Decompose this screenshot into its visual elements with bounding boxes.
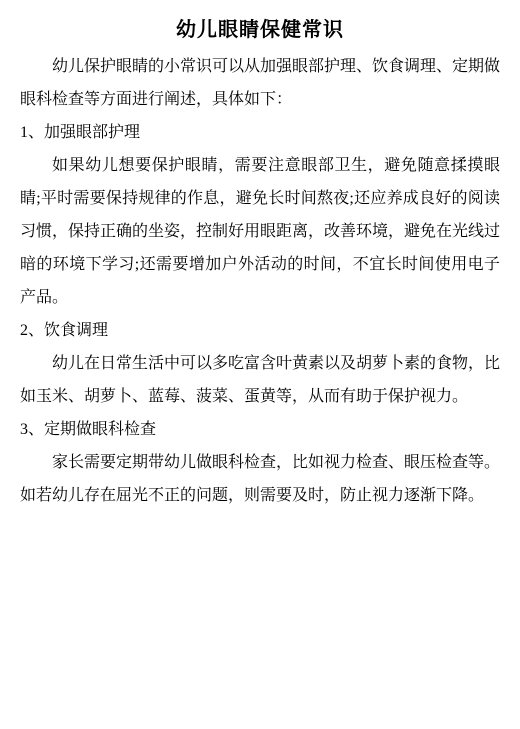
section-heading-3: 3、定期做眼科检查 — [20, 413, 500, 446]
section-heading-1: 1、加强眼部护理 — [20, 116, 500, 149]
section-body-2: 幼儿在日常生活中可以多吃富含叶黄素以及胡萝卜素的食物，比如玉米、胡萝卜、蓝莓、菠… — [20, 347, 500, 413]
section-body-3: 家长需要定期带幼儿做眼科检查，比如视力检查、眼压检查等。如若幼儿存在屈光不正的问… — [20, 446, 500, 512]
document-page: 幼儿眼睛保健常识 幼儿保护眼睛的小常识可以从加强眼部护理、饮食调理、定期做眼科检… — [0, 0, 520, 729]
section-heading-2: 2、饮食调理 — [20, 314, 500, 347]
document-title: 幼儿眼睛保健常识 — [20, 14, 500, 47]
section-body-1: 如果幼儿想要保护眼睛，需要注意眼部卫生，避免随意揉摸眼睛;平时需要保持规律的作息… — [20, 149, 500, 314]
intro-paragraph: 幼儿保护眼睛的小常识可以从加强眼部护理、饮食调理、定期做眼科检查等方面进行阐述，… — [20, 50, 500, 116]
